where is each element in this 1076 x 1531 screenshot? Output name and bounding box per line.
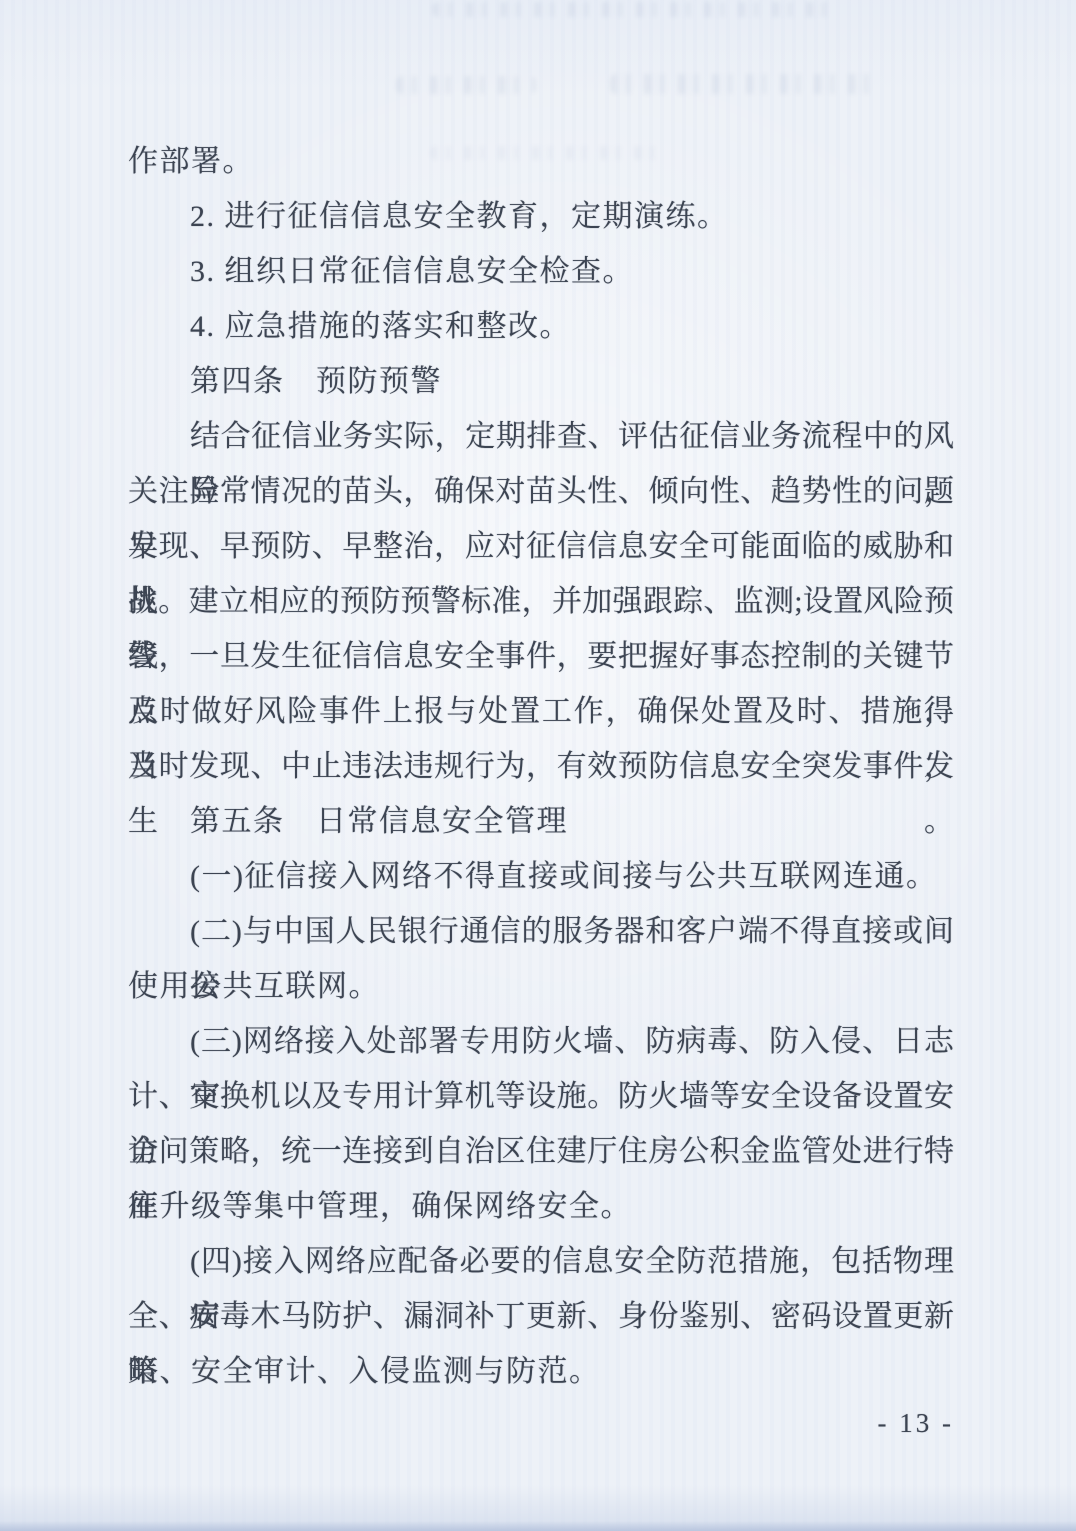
text-line: 4. 应急措施的落实和整改。: [128, 299, 954, 354]
text-line: 使用公共互联网。: [128, 959, 954, 1014]
document-lines: 作部署。2. 进行征信信息安全教育，定期演练。3. 组织日常征信信息安全检查。4…: [128, 134, 954, 1399]
text-line: (一)征信接入网络不得直接或间接与公共互联网连通。: [128, 849, 954, 904]
text-line: 2. 进行征信信息安全教育，定期演练。: [128, 189, 954, 244]
text-line: 第四条 预防预警: [128, 354, 954, 409]
text-line: (四)接入网络应配备必要的信息安全防范措施，包括物理安: [128, 1234, 954, 1289]
text-line: 计、交换机以及专用计算机等设施。防火墙等安全设备设置安全: [128, 1069, 954, 1124]
text-line: 结合征信业务实际，定期排查、评估征信业务流程中的风险，: [128, 409, 954, 464]
text-line: 线，一旦发生征信信息安全事件，要把握好事态控制的关键节点，: [128, 629, 954, 684]
text-line: 及时发现、中止违法违规行为，有效预防信息安全突发事件发生。: [128, 739, 954, 794]
text-line: (二)与中国人民银行通信的服务器和客户端不得直接或间接: [128, 904, 954, 959]
text-line: 作部署。: [128, 134, 954, 189]
text-line: 关注异常情况的苗头，确保对苗头性、倾向性、趋势性的问题早: [128, 464, 954, 519]
text-line: 全、病毒木马防护、漏洞补丁更新、身份鉴别、密码设置更新策: [128, 1289, 954, 1344]
text-line: 略、安全审计、入侵监测与防范。: [128, 1344, 954, 1399]
ink-bleed-through-mark: [610, 74, 882, 94]
ink-bleed-through-mark: [432, 2, 830, 17]
text-line: 发现、早预防、早整治，应对征信信息安全可能面临的威胁和挑: [128, 519, 954, 574]
text-line: 库升级等集中管理，确保网络安全。: [128, 1179, 954, 1234]
text-line: 战。建立相应的预防预警标准，并加强跟踪、监测;设置风险预警: [128, 574, 954, 629]
text-line: 访问策略，统一连接到自治区住建厅住房公积金监管处进行特征: [128, 1124, 954, 1179]
page-number: - 13 -: [878, 1408, 954, 1439]
scanned-paper-background: 作部署。2. 进行征信信息安全教育，定期演练。3. 组织日常征信信息安全检查。4…: [0, 0, 1076, 1531]
scan-bottom-edge: [0, 1521, 1076, 1531]
text-line: (三)网络接入处部署专用防火墙、防病毒、防入侵、日志审: [128, 1014, 954, 1069]
text-line: 3. 组织日常征信信息安全检查。: [128, 244, 954, 299]
text-line: 及时做好风险事件上报与处置工作，确保处置及时、措施得当，: [128, 684, 954, 739]
ink-bleed-through-mark: [396, 76, 536, 94]
